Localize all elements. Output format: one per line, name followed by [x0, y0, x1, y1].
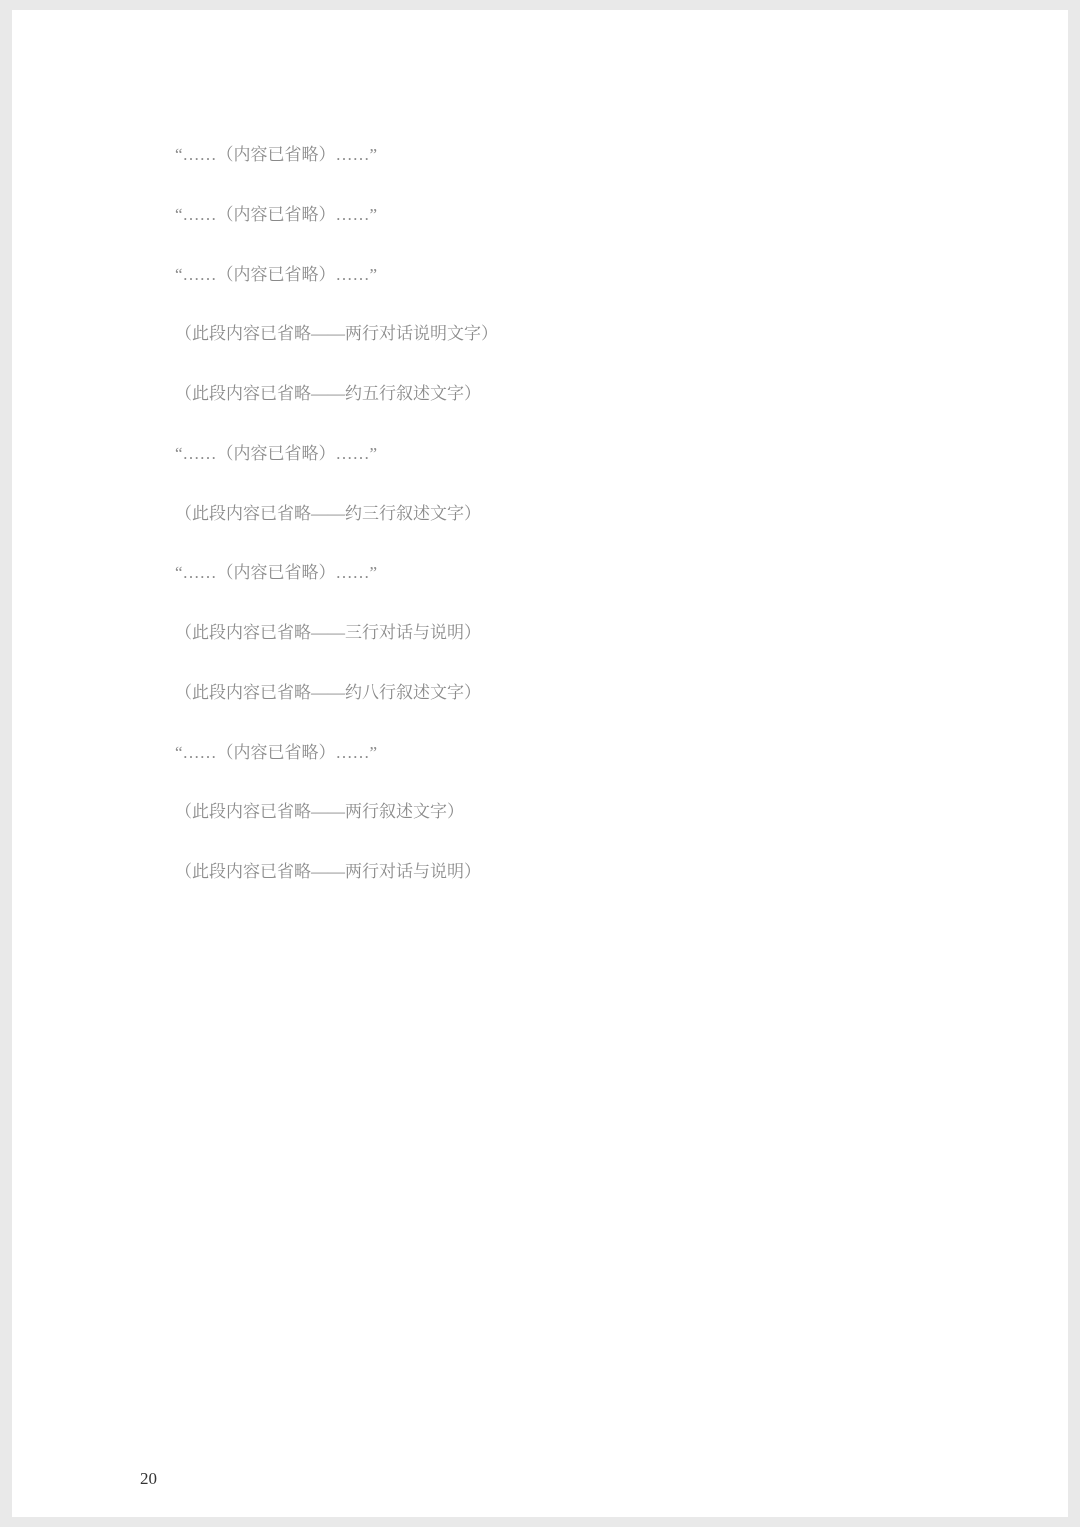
paragraph: （此段内容已省略——约八行叙述文字）: [175, 678, 935, 708]
paragraph: （此段内容已省略——三行对话与说明）: [175, 618, 935, 648]
page-number: 20: [140, 1469, 157, 1489]
text-block: “……（内容已省略）……”“……（内容已省略）……”“……（内容已省略）……”（…: [175, 140, 935, 917]
paragraph: “……（内容已省略）……”: [175, 260, 935, 290]
paragraph: （此段内容已省略——约五行叙述文字）: [175, 379, 935, 409]
paragraph: （此段内容已省略——两行对话与说明）: [175, 857, 935, 887]
paragraph: （此段内容已省略——约三行叙述文字）: [175, 499, 935, 529]
paragraph: “……（内容已省略）……”: [175, 738, 935, 768]
paragraph: “……（内容已省略）……”: [175, 558, 935, 588]
paragraph: “……（内容已省略）……”: [175, 439, 935, 469]
paragraph: （此段内容已省略——两行叙述文字）: [175, 797, 935, 827]
paragraph: （此段内容已省略——两行对话说明文字）: [175, 319, 935, 349]
paragraph: “……（内容已省略）……”: [175, 200, 935, 230]
document-page: “……（内容已省略）……”“……（内容已省略）……”“……（内容已省略）……”（…: [12, 10, 1068, 1517]
paragraph: “……（内容已省略）……”: [175, 140, 935, 170]
